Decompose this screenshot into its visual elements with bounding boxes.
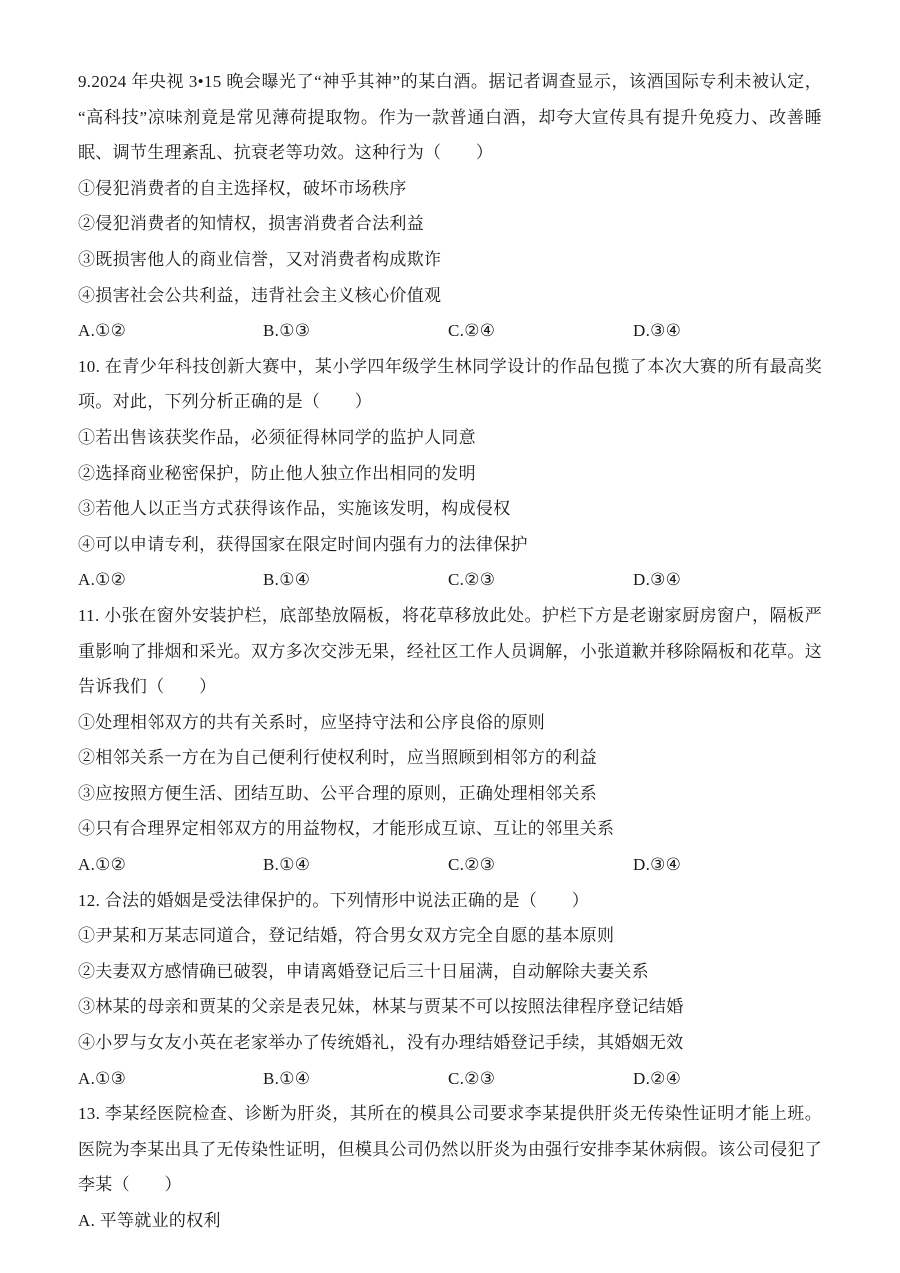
question-10-item-3: ③若他人以正当方式获得该作品，实施该发明，构成侵权 (78, 491, 822, 527)
question-12-option-c: C.②③ (448, 1061, 633, 1097)
question-10: 10. 在青少年科技创新大赛中，某小学四年级学生林同学设计的作品包揽了本次大赛的… (78, 349, 822, 598)
question-12-item-2: ②夫妻双方感情确已破裂，申请离婚登记后三十日届满，自动解除夫妻关系 (78, 954, 822, 990)
question-12-stem: 12. 合法的婚姻是受法律保护的。下列情形中说法正确的是（ ） (78, 883, 822, 919)
question-11-item-2: ②相邻关系一方在为自己便利行使权利时，应当照顾到相邻方的利益 (78, 740, 822, 776)
question-10-option-c: C.②③ (448, 562, 633, 598)
question-12-option-d: D.②④ (633, 1061, 818, 1097)
question-12-option-b: B.①④ (263, 1061, 448, 1097)
question-11: 11. 小张在窗外安装护栏，底部垫放隔板，将花草移放此处。护栏下方是老谢家厨房窗… (78, 598, 822, 883)
question-9: 9.2024 年央视 3•15 晚会曝光了“神乎其神”的某白酒。据记者调查显示，… (78, 64, 822, 349)
question-9-options-row: A.①② B.①③ C.②④ D.③④ (78, 313, 822, 349)
question-10-option-d: D.③④ (633, 562, 818, 598)
question-13: 13. 李某经医院检查、诊断为肝炎，其所在的模具公司要求李某提供肝炎无传染性证明… (78, 1096, 822, 1238)
question-11-stem: 11. 小张在窗外安装护栏，底部垫放隔板，将花草移放此处。护栏下方是老谢家厨房窗… (78, 598, 822, 705)
question-10-item-4: ④可以申请专利，获得国家在限定时间内强有力的法律保护 (78, 527, 822, 563)
question-10-item-1: ①若出售该获奖作品，必须征得林同学的监护人同意 (78, 420, 822, 456)
question-11-item-1: ①处理相邻双方的共有关系时，应坚持守法和公序良俗的原则 (78, 705, 822, 741)
question-11-option-a: A.①② (78, 847, 263, 883)
question-12: 12. 合法的婚姻是受法律保护的。下列情形中说法正确的是（ ） ①尹某和万某志同… (78, 883, 822, 1097)
question-11-item-4: ④只有合理界定相邻双方的用益物权，才能形成互谅、互让的邻里关系 (78, 811, 822, 847)
question-12-options-row: A.①③ B.①④ C.②③ D.②④ (78, 1061, 822, 1097)
question-9-item-4: ④损害社会公共利益，违背社会主义核心价值观 (78, 278, 822, 314)
question-10-options-row: A.①② B.①④ C.②③ D.③④ (78, 562, 822, 598)
question-9-option-a: A.①② (78, 313, 263, 349)
question-11-option-d: D.③④ (633, 847, 818, 883)
question-9-item-1: ①侵犯消费者的自主选择权，破坏市场秩序 (78, 171, 822, 207)
question-12-item-4: ④小罗与女友小英在老家举办了传统婚礼，没有办理结婚登记手续，其婚姻无效 (78, 1025, 822, 1061)
question-12-item-1: ①尹某和万某志同道合，登记结婚，符合男女双方完全自愿的基本原则 (78, 918, 822, 954)
question-10-option-b: B.①④ (263, 562, 448, 598)
exam-page: 9.2024 年央视 3•15 晚会曝光了“神乎其神”的某白酒。据记者调查显示，… (0, 0, 900, 1239)
question-11-option-c: C.②③ (448, 847, 633, 883)
question-12-item-3: ③林某的母亲和贾某的父亲是表兄妹，林某与贾某不可以按照法律程序登记结婚 (78, 989, 822, 1025)
question-10-item-2: ②选择商业秘密保护，防止他人独立作出相同的发明 (78, 456, 822, 492)
question-13-option-a: A. 平等就业的权利 (78, 1203, 822, 1239)
question-12-option-a: A.①③ (78, 1061, 263, 1097)
question-9-item-2: ②侵犯消费者的知情权，损害消费者合法利益 (78, 206, 822, 242)
question-9-option-b: B.①③ (263, 313, 448, 349)
question-10-stem: 10. 在青少年科技创新大赛中，某小学四年级学生林同学设计的作品包揽了本次大赛的… (78, 349, 822, 420)
question-9-option-c: C.②④ (448, 313, 633, 349)
question-9-stem: 9.2024 年央视 3•15 晚会曝光了“神乎其神”的某白酒。据记者调查显示，… (78, 64, 822, 171)
question-10-option-a: A.①② (78, 562, 263, 598)
question-9-item-3: ③既损害他人的商业信誉，又对消费者构成欺诈 (78, 242, 822, 278)
question-9-option-d: D.③④ (633, 313, 818, 349)
question-11-item-3: ③应按照方便生活、团结互助、公平合理的原则，正确处理相邻关系 (78, 776, 822, 812)
question-11-options-row: A.①② B.①④ C.②③ D.③④ (78, 847, 822, 883)
question-11-option-b: B.①④ (263, 847, 448, 883)
question-13-stem: 13. 李某经医院检查、诊断为肝炎，其所在的模具公司要求李某提供肝炎无传染性证明… (78, 1096, 822, 1203)
